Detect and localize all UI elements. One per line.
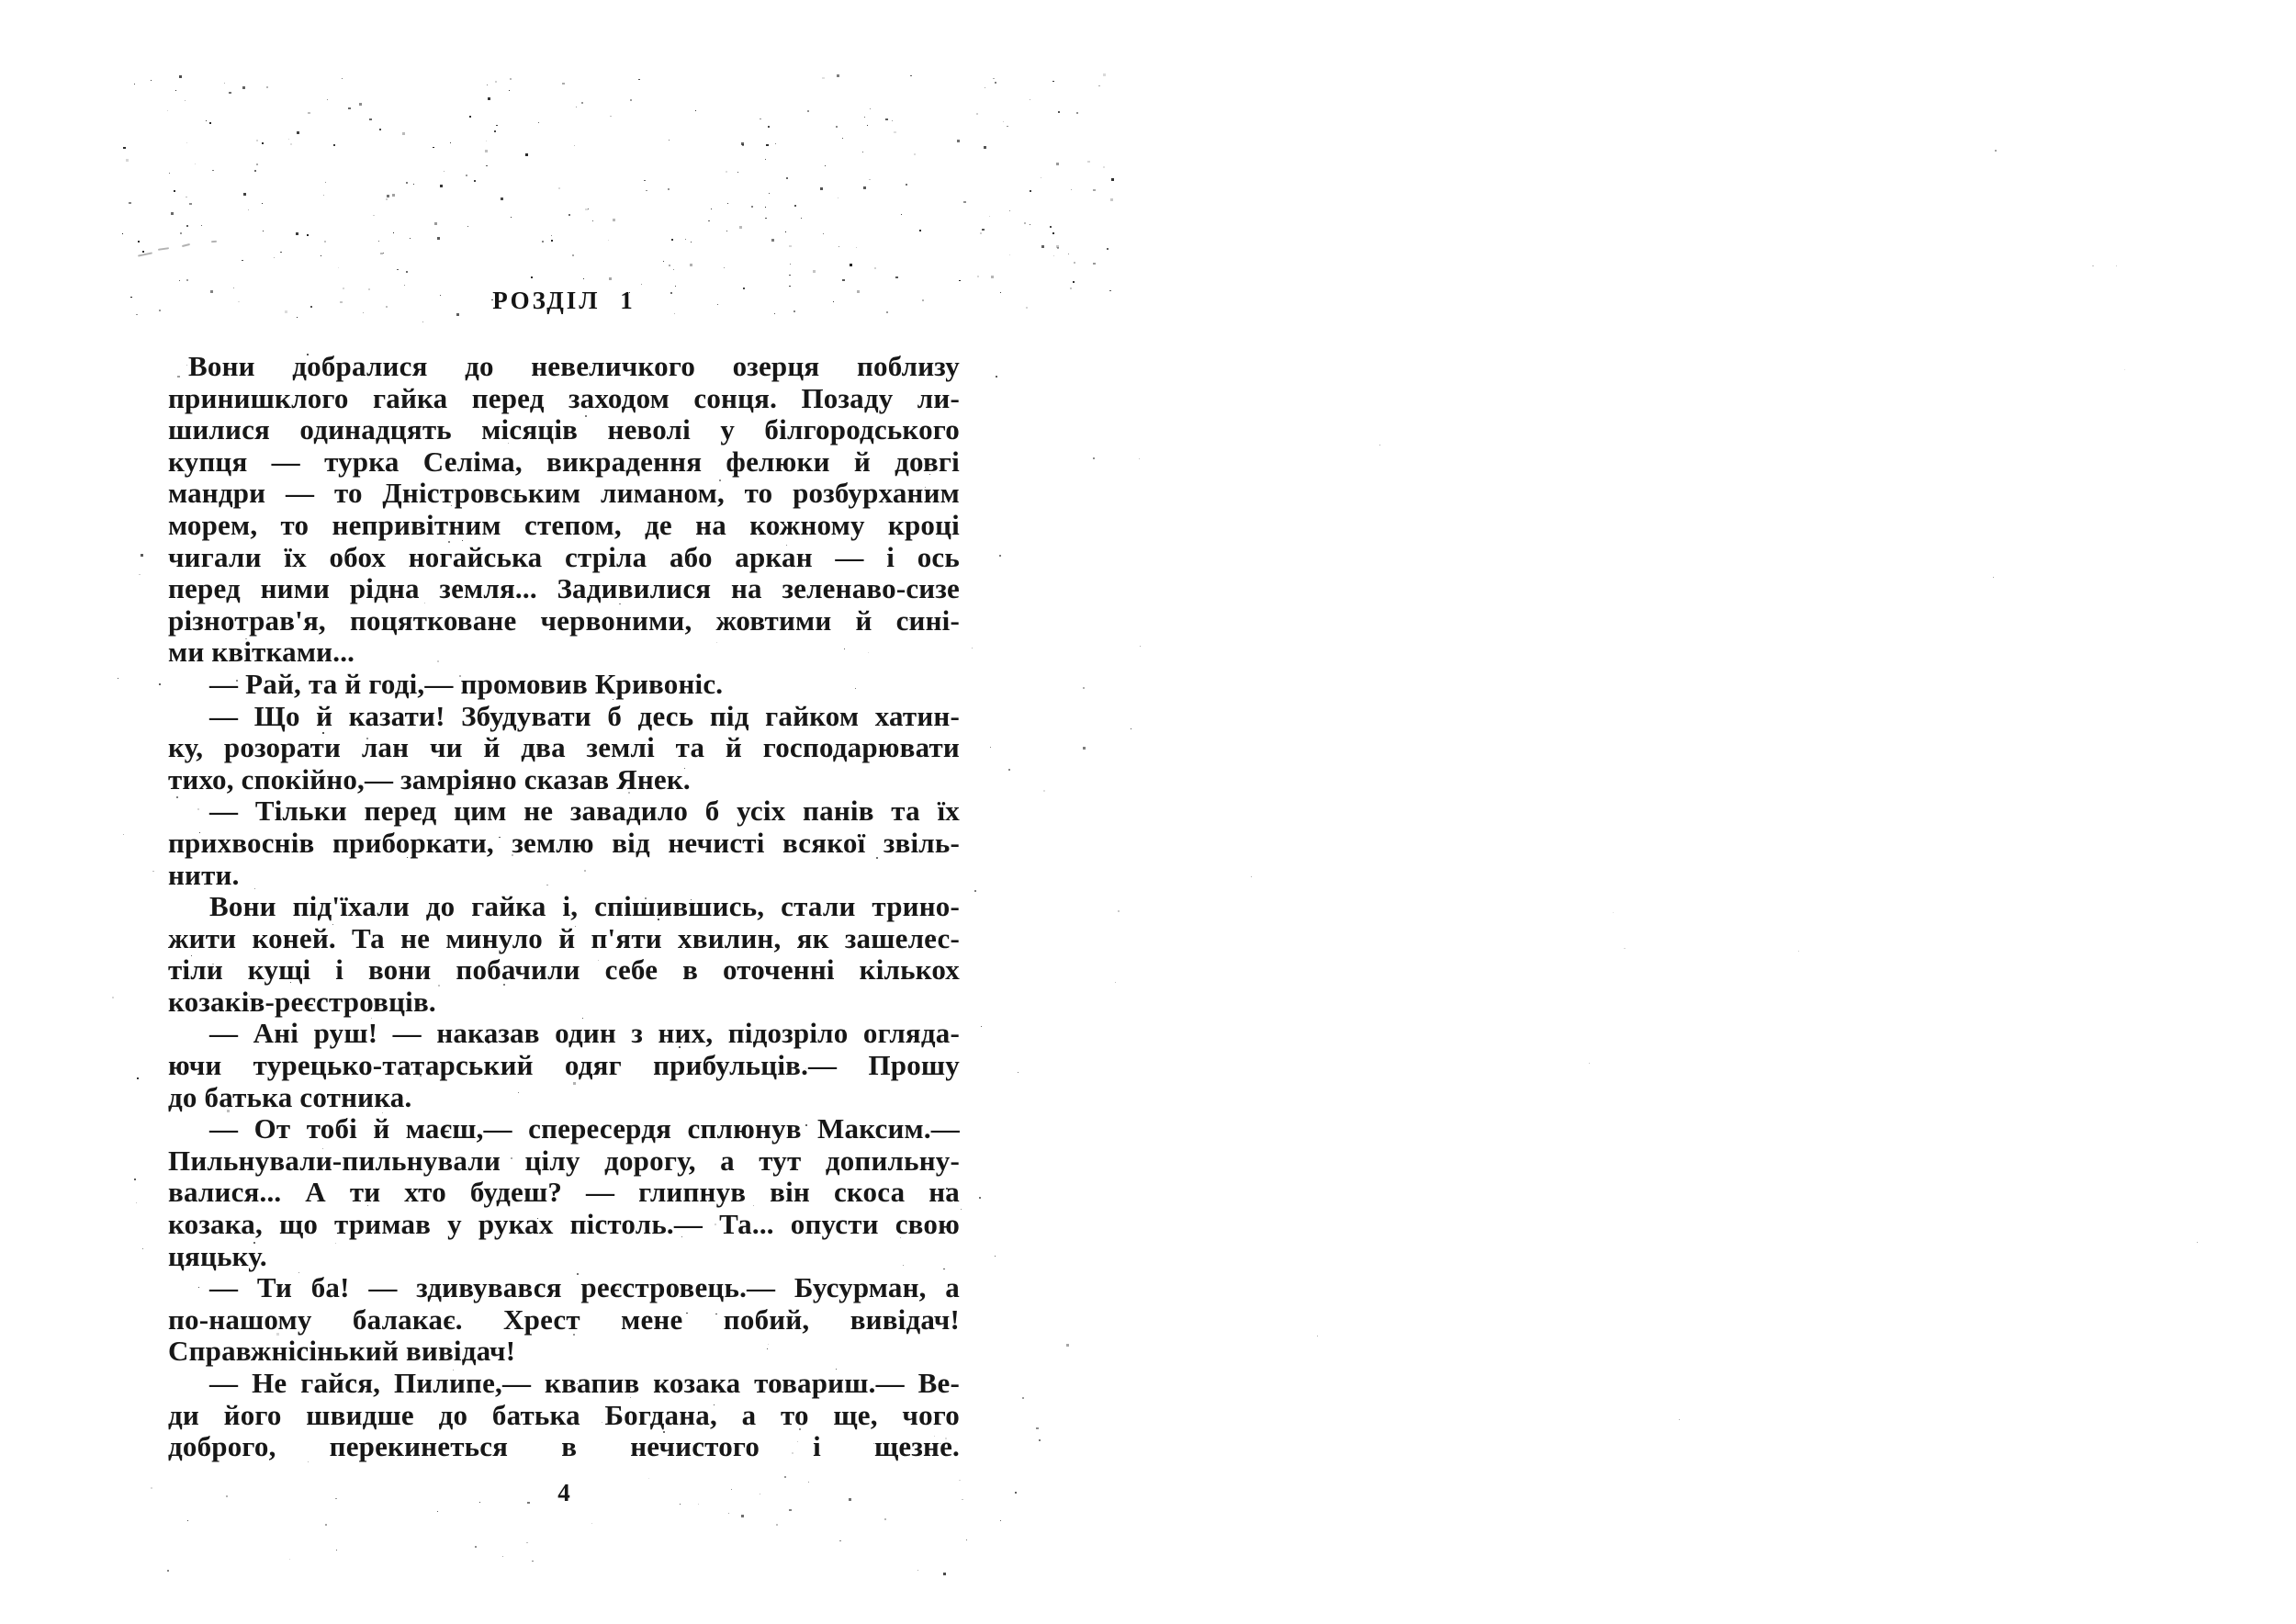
- text-line: козаків-реєстровців.: [168, 987, 960, 1019]
- text-line: — Ані руш! — наказав один з них, підозрі…: [168, 1018, 960, 1050]
- body-text: Вони добралися до невеличкого озерця поб…: [168, 351, 960, 1463]
- text-line: Справжнісінький вивідач!: [168, 1336, 960, 1368]
- text-line: купця — турка Селіма, викрадення фелюки …: [168, 446, 960, 479]
- text-line: Пильнували-пильнували цілу дорогу, а тут…: [168, 1145, 960, 1178]
- text-line: жити коней. Та не минуло й п'яти хвилин,…: [168, 923, 960, 955]
- right-blank-page: [1148, 0, 2296, 1624]
- text-line: по-нашому балакає. Хрест мене побий, вив…: [168, 1304, 960, 1336]
- text-line: — Ти ба! — здивувався реєстровець.— Бусу…: [168, 1272, 960, 1304]
- text-line: мандри — то Дністровським лиманом, то ро…: [168, 478, 960, 510]
- text-line: Вони добралися до невеличкого озерця поб…: [168, 351, 960, 383]
- text-line: прихвоснів приборкати, землю від нечисті…: [168, 828, 960, 860]
- text-line: ми квітками...: [168, 637, 960, 669]
- text-line: — От тобі й маєш,— спересердя сплюнув Ма…: [168, 1113, 960, 1145]
- text-line: — Не гайся, Пилипе,— квапив козака товар…: [168, 1368, 960, 1400]
- text-line: перед ними рідна земля... Задивилися на …: [168, 573, 960, 605]
- text-line: нити.: [168, 860, 960, 892]
- text-line: — Тільки перед цим не завадило б усіх па…: [168, 795, 960, 828]
- text-line: — Що й казати! Збудувати б десь під гайк…: [168, 701, 960, 733]
- page-number: 4: [168, 1479, 960, 1507]
- text-line: ку, розорати лан чи й два землі та й гос…: [168, 732, 960, 764]
- text-line: морем, то непривітним степом, де на кожн…: [168, 510, 960, 542]
- text-line: валися... А ти хто будеш? — глипнув він …: [168, 1177, 960, 1209]
- text-line: Вони під'їхали до гайка і, спішившись, с…: [168, 891, 960, 923]
- text-line: тихо, спокійно,— замріяно сказав Янек.: [168, 764, 960, 796]
- text-line: — Рай, та й годі,— промовив Кривоніс.: [168, 669, 960, 701]
- text-line: ючи турецько-татарський одяг прибульців.…: [168, 1050, 960, 1082]
- text-line: доброго, перекинеться в нечистого і щезн…: [168, 1431, 960, 1463]
- text-line: різнотрав'я, поцятковане червоними, жовт…: [168, 605, 960, 637]
- left-page: РОЗДІЛ 1 Вони добралися до невеличкого о…: [0, 0, 1148, 1624]
- text-line: до батька сотника.: [168, 1082, 960, 1114]
- text-line: тіли кущі і вони побачили себе в оточенн…: [168, 954, 960, 987]
- text-line: ди його швидше до батька Богдана, а то щ…: [168, 1400, 960, 1432]
- text-line: чигали їх обох ногайська стріла або арка…: [168, 542, 960, 574]
- text-line: цяцьку.: [168, 1241, 960, 1273]
- book-scan-sheet: РОЗДІЛ 1 Вони добралися до невеличкого о…: [0, 0, 2296, 1624]
- text-line: шилися одинадцять місяців неволі у білго…: [168, 414, 960, 446]
- chapter-heading: РОЗДІЛ 1: [168, 287, 960, 315]
- text-line: козака, що тримав у руках пістоль.— Та..…: [168, 1209, 960, 1241]
- text-line: принишклого гайка перед заходом сонця. П…: [168, 383, 960, 415]
